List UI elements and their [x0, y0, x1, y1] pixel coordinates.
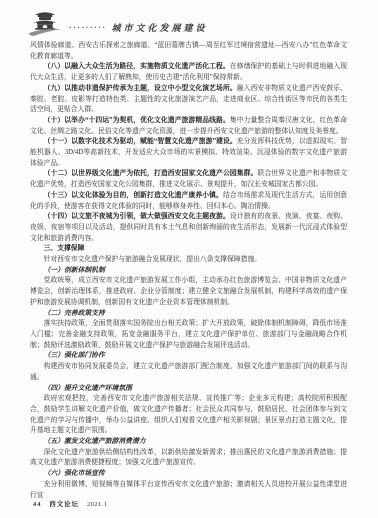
paragraph-item-10: （十）以举办“十四运”为契机，优化文化遗产旅游精品线路。集中力量整合周秦汉唐文化…: [30, 116, 347, 137]
paragraph-intro: 针对西安市文化遗产保护与旅游融合发展现状，提出八条支撑保障措施。: [30, 255, 347, 266]
paragraph-measure-1: 党政统筹，成立西安市文化遗产旅游发展工作小组，主动承办红色旅游博览会、中国非物质…: [30, 276, 347, 308]
subheading-3: （三）强化部门协作: [30, 351, 347, 362]
journal-name: 西文论坛: [49, 499, 79, 508]
column-header: ········· 城市文化发展建设: [69, 23, 208, 37]
item-lead: （十四）以文旅不夜城为引领，做大做强西安文化主题夜游。: [44, 213, 230, 220]
paragraph-item-12: （十二）以世界级文化遗产为依托，打造西安国家文化遗产公园集群。联合世界文化遗产和…: [30, 169, 347, 190]
article-body: 风情体验廊道、西安古乐探索之旅廊道、“蓝田葛牌古镇—周至红军过境宿营遗址—西安八…: [30, 41, 347, 501]
paragraph-text: 风情体验廊道、西安古乐探索之旅廊道、“蓝田葛牌古镇—周至红军过境宿营遗址—西安八…: [30, 42, 347, 60]
paragraph-measure-2: 落实扶持政策，全面贯彻落实国务院出台相关政策；扩大开放政策，破除体制机制障碍，降…: [30, 319, 347, 351]
subheading-5: （五）激发文化遗产旅游消费潜力: [30, 437, 347, 448]
paragraph-item-14: （十四）以文旅不夜城为引领，做大做强西安文化主题夜游。设计独有的夜景、夜演、夜宴…: [30, 212, 347, 244]
item-lead: （十三）以文化体验为目的，创新打造文化遗产康养小镇。: [44, 192, 223, 199]
item-lead: （十）以举办“十四运”为契机，优化文化遗产旅游精品线路。: [44, 117, 230, 124]
column-title: 城市文化发展建设: [112, 23, 208, 33]
section-heading-3: 三、支撑保障: [30, 244, 347, 255]
subheading-4: （四）提升文化遗产环境氛围: [30, 384, 347, 395]
page-header: ········· 城市文化发展建设: [28, 9, 348, 37]
issue-number: 2021.1: [87, 501, 108, 508]
subheading-2: （二）完善政策支持: [30, 309, 347, 320]
paragraph-item-13: （十三）以文化体验为目的，创新打造文化遗产康养小镇。结合市场需求及现代生活方式，…: [30, 191, 347, 212]
subheading-6: （六）强化市场宣传: [30, 469, 347, 480]
paragraph-item-8: （八）以融入大众生活为路径，实施物质文化遗产活化工程。在修缮保护的基础上与时俱进…: [30, 62, 347, 83]
subheading-1: （一）创新体制机制: [30, 266, 347, 277]
page-number: 44: [33, 501, 41, 508]
pagoda-tower-logo-icon: [28, 9, 62, 37]
page-footer: 44 西文论坛 2021.1: [33, 499, 108, 508]
item-lead: （十二）以世界级文化遗产为依托，打造西安国家文化遗产公园集群。: [44, 170, 258, 177]
dotted-leader: ·········: [69, 24, 107, 32]
paragraph-measure-3: 构建西安市协同发展委员会，建立文化遗产旅游部门配合制度，加强文化遗产旅游部门间的…: [30, 362, 347, 383]
paragraph-continuation: 风情体验廊道、西安古乐探索之旅廊道、“蓝田葛牌古镇—周至红军过境宿营遗址—西安八…: [30, 41, 347, 62]
paragraph-measure-5: 深化文化遗产旅游供给侧结构性改革，以新供给激发新需求；推出惠民的文化遗产旅游消费…: [30, 448, 347, 469]
paragraph-item-11: （十一）以数字化技术为驱动，赋能“智慧文化遗产旅游”建设。充分发挥科技优势，以虚…: [30, 137, 347, 169]
item-lead: （十一）以数字化技术为驱动，赋能“智慧文化遗产旅游”建设。: [44, 138, 237, 145]
item-lead: （八）以融入大众生活为路径，实施物质文化遗产活化工程。: [44, 63, 230, 70]
document-page: ········· 城市文化发展建设 风情体验廊道、西安古乐探索之旅廊道、“蓝田…: [0, 0, 378, 518]
paragraph-item-9: （九）以推动非遗保护传承为主题，设立中小型文化演艺场所。融入西安非物质文化遗产西…: [30, 84, 347, 116]
item-lead: （九）以推动非遗保护传承为主题，设立中小型文化演艺场所。: [44, 85, 237, 92]
paragraph-measure-4: 政府宏观把控，完善西安市文化遗产旅游相关法规、宣传推广等；企业多元构建；高校院所…: [30, 394, 347, 437]
